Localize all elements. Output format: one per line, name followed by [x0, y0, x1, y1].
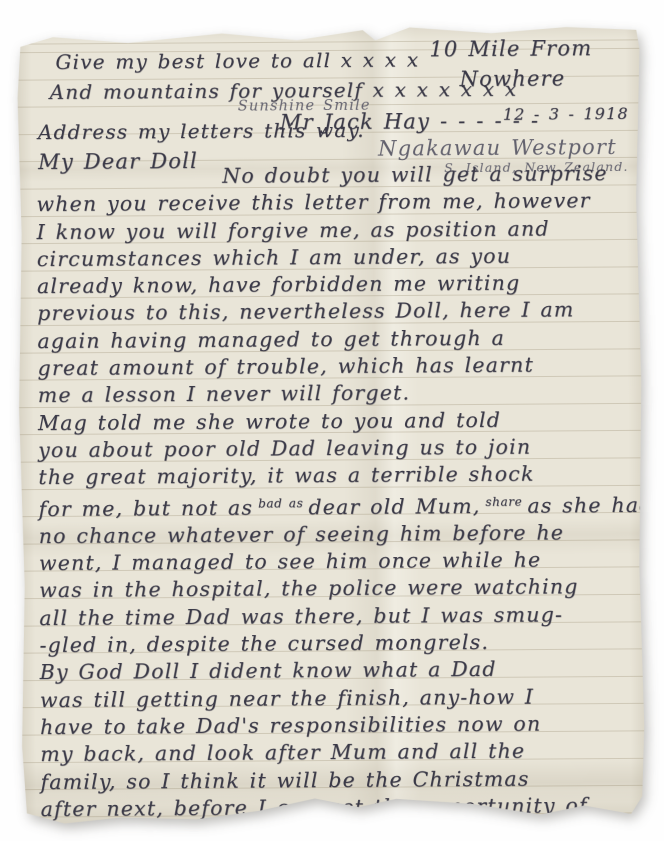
body-line: previous to this, nevertheless Doll, her…	[37, 296, 627, 327]
letter-photo: Give my best love to all x x x x And mou…	[0, 0, 664, 841]
body-line: went, I managed to see him once while he	[39, 546, 629, 577]
body-line: was in the hospital, the police were wat…	[39, 573, 629, 604]
body-line: all the time Dad was there, but I was sm…	[39, 601, 629, 632]
letter-body: No doubt you will get a surprise when yo…	[36, 160, 631, 823]
body-line: Mag told me she wrote to you and told	[38, 406, 628, 437]
body-line: circumstances which I am under, as you	[37, 242, 627, 273]
body-line: no chance whatever of seeing him before …	[39, 519, 629, 550]
inline-insertion: bad as	[258, 490, 303, 518]
body-line: was till getting near the finish, any-ho…	[40, 683, 630, 714]
paper-wrap: Give my best love to all x x x x And mou…	[15, 22, 647, 826]
body-line: when you receive this letter from me, ho…	[36, 187, 626, 218]
body-line: the great majority, it was a terrible sh…	[38, 460, 628, 491]
inline-insertion: share	[485, 488, 522, 516]
body-line: you about poor old Dad leaving us to joi…	[38, 433, 628, 464]
body-line-segment: dear old Mum,	[308, 494, 480, 519]
body-line: already know, have forbidden me writing	[37, 269, 627, 300]
body-line: again having managed to get through a	[37, 324, 627, 355]
body-line: have to take Dad's responsibilities now …	[40, 710, 630, 741]
body-line: after next, before I can get the opportu…	[41, 792, 631, 823]
body-line-with-insertions: for me, but not asbad asdear old Mum,sha…	[38, 487, 628, 522]
body-line-segment: for me, but not as	[38, 495, 253, 520]
body-line: No doubt you will get a surprise	[36, 160, 626, 191]
addressee: Mr Jack Hay - - - - - -	[280, 109, 539, 135]
sender-address-line-1: Ngakawau Westport	[378, 135, 617, 161]
origin-line-2: Nowhere	[460, 66, 566, 91]
body-line: my back, and look after Mum and all the	[40, 737, 630, 768]
body-line: By God Doll I dident know what a Dad	[40, 655, 630, 686]
body-line: family, so I think it will be the Christ…	[40, 764, 630, 795]
postscript-line-1: Give my best love to all x x x x	[55, 47, 419, 74]
body-line: -gled in, despite the cursed mongrels.	[39, 628, 629, 659]
body-line-segment: as she had	[527, 492, 653, 517]
body-line: great amount of trouble, which has learn…	[38, 351, 628, 382]
body-line: I know you will forgive me, as position …	[37, 215, 627, 246]
body-line: me a lesson I never will forget.	[38, 378, 628, 409]
letter-paper: Give my best love to all x x x x And mou…	[15, 22, 647, 826]
origin-line-1: 10 Mile From	[429, 36, 592, 61]
